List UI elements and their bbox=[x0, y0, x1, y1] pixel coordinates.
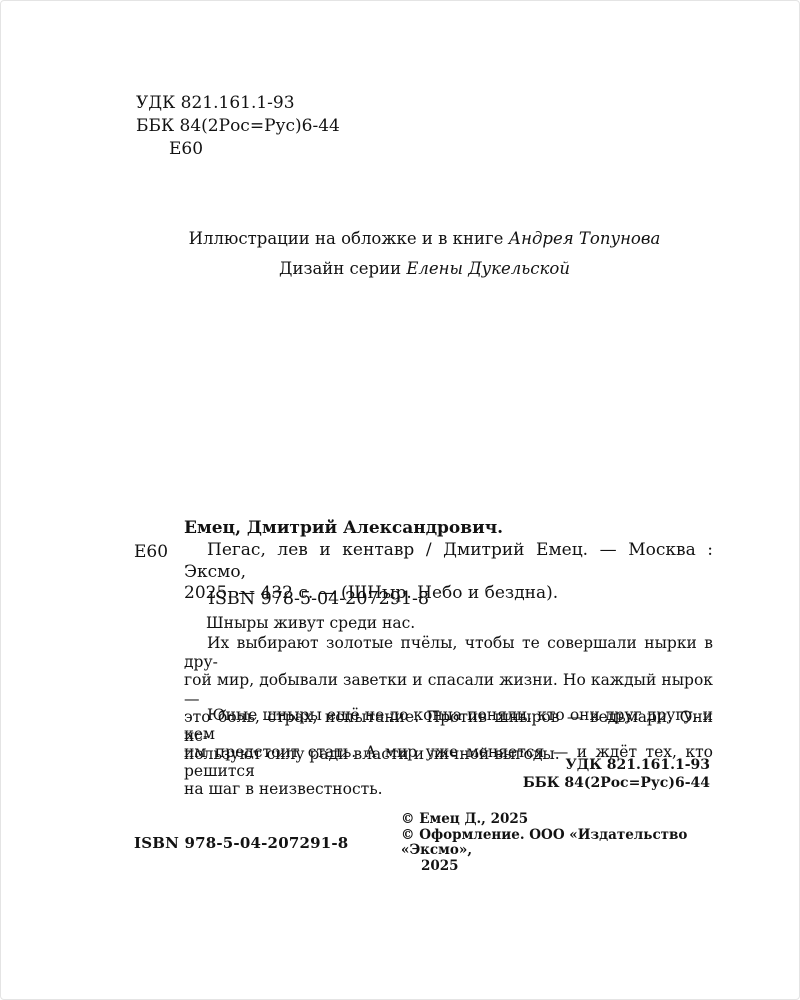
series-designer-name: Елены Дукельской bbox=[406, 259, 570, 278]
classification-top-block: УДК 821.161.1-93 ББК 84(2Рос=Рус)6-44 Е6… bbox=[136, 92, 340, 161]
udk-code: УДК 821.161.1-93 bbox=[136, 92, 340, 115]
copyright-block: © Емец Д., 2025© Оформление. ООО «Издате… bbox=[401, 812, 721, 874]
text-line: © Оформление. ООО «Издательство «Эксмо», bbox=[401, 828, 721, 859]
annotation-lead: Шныры живут среди нас. bbox=[206, 614, 415, 632]
catalog-entry-code: Е60 bbox=[134, 542, 168, 562]
catalog-author-heading: Емец, Дмитрий Александрович. bbox=[184, 518, 503, 538]
credits-block: Иллюстрации на обложке и в книге Андрея … bbox=[136, 224, 713, 284]
series-design-credit: Дизайн серии Елены Дукельской bbox=[136, 254, 713, 284]
text-line: Пегас, лев и кентавр / Дмитрий Емец. — М… bbox=[184, 540, 713, 583]
illustrations-credit-prefix: Иллюстрации на обложке и в книге bbox=[189, 229, 509, 248]
text-line: 2025 bbox=[401, 859, 721, 875]
imprint-page: УДК 821.161.1-93 ББК 84(2Рос=Рус)6-44 Е6… bbox=[0, 0, 800, 1000]
isbn-bottom: ISBN 978-5-04-207291-8 bbox=[134, 834, 348, 852]
text-line: Юные шныры ещё не до конца поняли, кто о… bbox=[184, 706, 713, 743]
text-line: Их выбирают золотые пчёлы, чтобы те сове… bbox=[184, 634, 713, 671]
text-line: © Емец Д., 2025 bbox=[401, 812, 721, 828]
author-sign-code: Е60 bbox=[169, 138, 340, 161]
bbk-code-bottom: ББК 84(2Рос=Рус)6-44 bbox=[523, 774, 710, 792]
series-design-prefix: Дизайн серии bbox=[279, 259, 406, 278]
bbk-code: ББК 84(2Рос=Рус)6-44 bbox=[136, 115, 340, 138]
text-line: гой мир, добывали заветки и спасали жизн… bbox=[184, 671, 713, 708]
classification-bottom-block: УДК 821.161.1-93 ББК 84(2Рос=Рус)6-44 bbox=[523, 756, 710, 792]
udk-code-bottom: УДК 821.161.1-93 bbox=[523, 756, 710, 774]
illustrations-credit: Иллюстрации на обложке и в книге Андрея … bbox=[136, 224, 713, 254]
catalog-isbn: ISBN 978-5-04-207291-8 bbox=[208, 589, 429, 609]
illustrator-name: Андрея Топунова bbox=[509, 229, 661, 248]
